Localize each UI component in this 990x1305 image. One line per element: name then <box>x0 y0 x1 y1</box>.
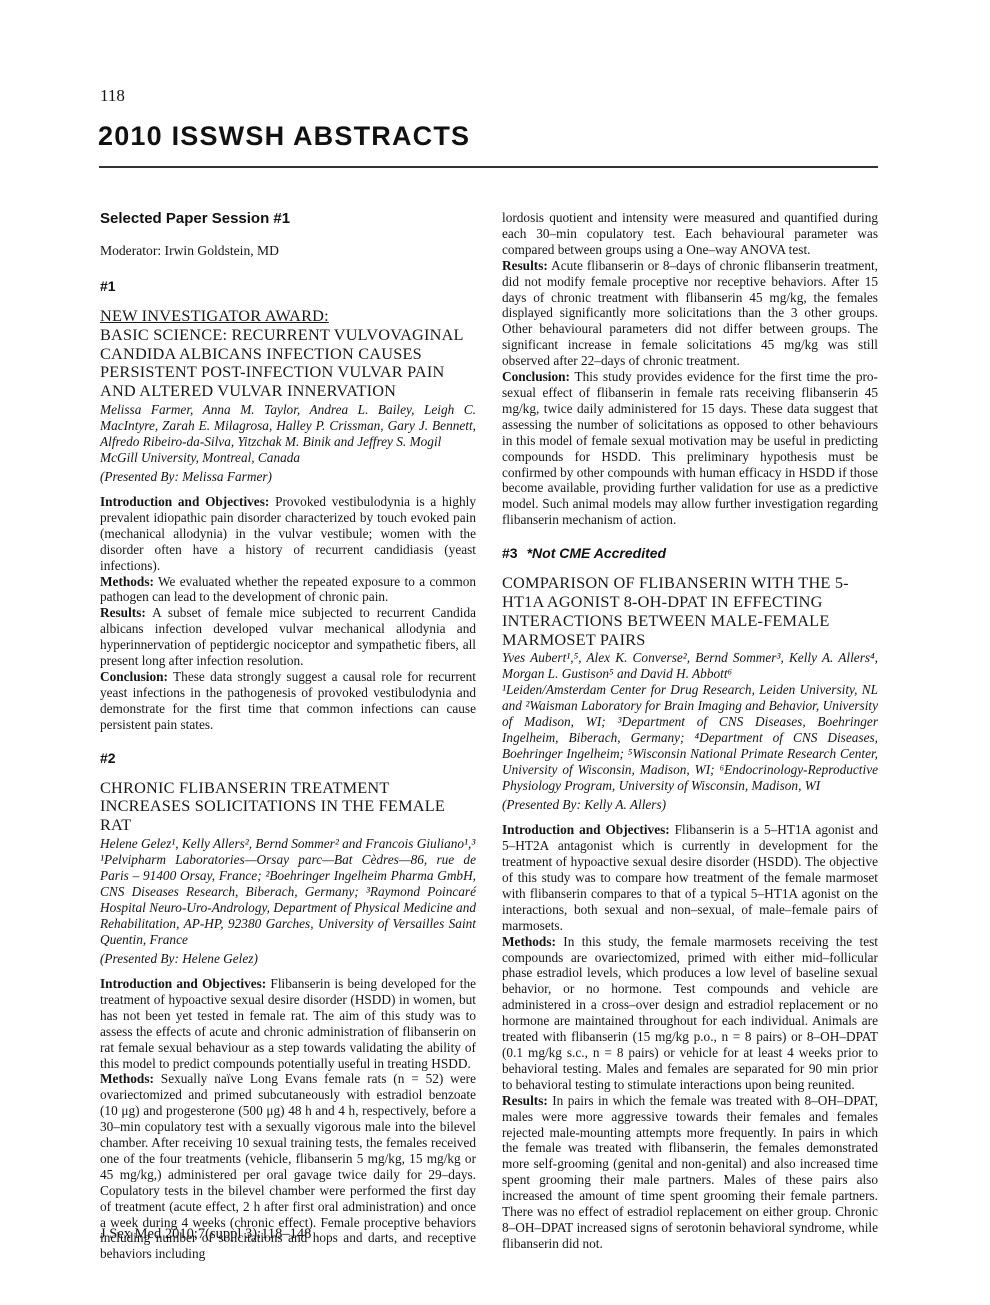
abstract-3-results-paragraph: Results: In pairs in which the female wa… <box>502 1093 878 1252</box>
abstract-1-conclusion-paragraph: Conclusion: These data strongly suggest … <box>100 669 476 733</box>
paragraph-label: Introduction and Objectives: <box>502 822 670 837</box>
paragraph-label: Conclusion: <box>100 669 168 684</box>
paragraph-label: Methods: <box>100 574 154 589</box>
abstract-3-methods-paragraph: Methods: In this study, the female marmo… <box>502 934 878 1093</box>
abstract-2-presented-by: (Presented By: Helene Gelez) <box>100 951 476 967</box>
abstract-2-number: #2 <box>100 750 476 766</box>
abstract-2-conclusion-paragraph: Conclusion: This study provides evidence… <box>502 369 878 528</box>
abstract-1-intro-paragraph: Introduction and Objectives: Provoked ve… <box>100 494 476 574</box>
abstract-3-intro-paragraph: Introduction and Objectives: Flibanserin… <box>502 822 878 933</box>
paragraph-label: Results: <box>100 605 146 620</box>
left-column: Selected Paper Session #1 Moderator: Irw… <box>100 210 476 1262</box>
paragraph-text: We evaluated whether the repeated exposu… <box>100 574 476 605</box>
session-title: Selected Paper Session #1 <box>100 210 476 227</box>
abstract-1: #1 NEW INVESTIGATOR AWARD:BASIC SCIENCE:… <box>100 278 476 733</box>
page-number: 118 <box>100 86 125 106</box>
abstract-3-affiliations: ¹Leiden/Amsterdam Center for Drug Resear… <box>502 682 878 794</box>
abstract-1-methods-paragraph: Methods: We evaluated whether the repeat… <box>100 574 476 606</box>
abstract-3-presented-by: (Presented By: Kelly A. Allers) <box>502 797 878 813</box>
journal-page: 118 2010 ISSWSH ABSTRACTS Selected Paper… <box>0 0 990 1305</box>
paragraph-label: Methods: <box>502 934 556 949</box>
paragraph-label: Introduction and Objectives: <box>100 976 266 991</box>
abstract-3-authors: Yves Aubert¹,⁵, Alex K. Converse², Bernd… <box>502 650 878 682</box>
abstract-2-continued: lordosis quotient and intensity were mea… <box>502 210 878 528</box>
right-column: lordosis quotient and intensity were mea… <box>502 210 878 1262</box>
abstract-2-affiliations: ¹Pelvipharm Laboratories—Orsay parc—Bat … <box>100 852 476 948</box>
paragraph-label: Results: <box>502 1093 548 1108</box>
title-divider-rule <box>99 166 878 168</box>
abstract-1-presented-by: (Presented By: Melissa Farmer) <box>100 469 476 485</box>
abstract-1-body: Introduction and Objectives: Provoked ve… <box>100 494 476 733</box>
paragraph-text: Acute flibanserin or 8–days of chronic f… <box>502 258 878 368</box>
paragraph-label: Conclusion: <box>502 369 570 384</box>
abstract-2: #2 CHRONIC FLIBANSERIN TREATMENT INCREAS… <box>100 750 476 1263</box>
abstract-3-body: Introduction and Objectives: Flibanserin… <box>502 822 878 1251</box>
abstract-3-cme-note: *Not CME Accredited <box>527 545 667 561</box>
abstract-1-affiliations: McGill University, Montreal, Canada <box>100 450 476 466</box>
paragraph-label: Results: <box>502 258 548 273</box>
paragraph-text: This study provides evidence for the fir… <box>502 369 878 527</box>
abstract-1-authors: Melissa Farmer, Anna M. Taylor, Andrea L… <box>100 402 476 450</box>
abstract-1-award-line: NEW INVESTIGATOR AWARD: <box>100 307 476 326</box>
abstract-3-title: COMPARISON OF FLIBANSERIN WITH THE 5-HT1… <box>502 574 878 649</box>
two-column-layout: Selected Paper Session #1 Moderator: Irw… <box>100 210 879 1262</box>
journal-citation-footer: J Sex Med 2010;7(suppl 3):118–148 <box>100 1226 311 1243</box>
page-title: 2010 ISSWSH ABSTRACTS <box>98 121 470 152</box>
paragraph-text: In this study, the female marmosets rece… <box>502 934 878 1092</box>
abstract-2-intro-paragraph: Introduction and Objectives: Flibanserin… <box>100 976 476 1071</box>
abstract-2-body: Introduction and Objectives: Flibanserin… <box>100 976 476 1262</box>
paragraph-text: In pairs in which the female was treated… <box>502 1093 878 1251</box>
abstract-2-results-paragraph: Results: Acute flibanserin or 8–days of … <box>502 258 878 369</box>
abstract-1-results-paragraph: Results: A subset of female mice subject… <box>100 605 476 669</box>
paragraph-label: Introduction and Objectives: <box>100 494 269 509</box>
abstract-3-number-label: #3 <box>502 545 518 561</box>
abstract-2-methods-continuation: lordosis quotient and intensity were mea… <box>502 210 878 258</box>
abstract-1-title-rest: BASIC SCIENCE: RECURRENT VULVOVAGINAL CA… <box>100 325 463 400</box>
abstract-3-number: #3*Not CME Accredited <box>502 545 878 561</box>
abstract-3: #3*Not CME Accredited COMPARISON OF FLIB… <box>502 545 878 1252</box>
abstract-1-title: NEW INVESTIGATOR AWARD:BASIC SCIENCE: RE… <box>100 307 476 401</box>
paragraph-text: A subset of female mice subjected to rec… <box>100 605 476 668</box>
session-moderator: Moderator: Irwin Goldstein, MD <box>100 243 476 259</box>
paragraph-label: Methods: <box>100 1071 154 1086</box>
abstract-1-number: #1 <box>100 278 476 294</box>
paragraph-text: Flibanserin is a 5–HT1A agonist and 5–HT… <box>502 822 878 932</box>
abstract-2-authors: Helene Gelez¹, Kelly Allers², Bernd Somm… <box>100 836 476 852</box>
abstract-2-title: CHRONIC FLIBANSERIN TREATMENT INCREASES … <box>100 779 476 835</box>
